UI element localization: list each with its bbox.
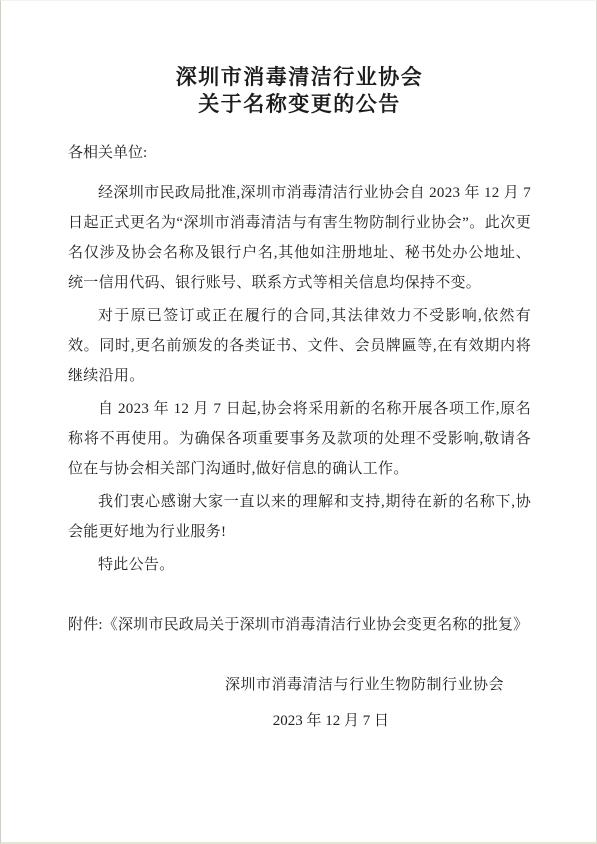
salutation-line: 各相关单位: [68, 142, 531, 164]
notice-title: 深圳市消毒清洁行业协会 关于名称变更的公告 [68, 64, 531, 118]
notice-paragraph-1: 经深圳市民政局批准,深圳市消毒清洁行业协会自 2023 年 12 月 7 日起正… [68, 178, 531, 298]
notice-title-line1: 深圳市消毒清洁行业协会 [68, 64, 531, 91]
notice-paragraph-4: 我们衷心感谢大家一直以来的理解和支持,期待在新的名称下,协会能更好地为行业服务! [68, 487, 531, 547]
attachment-line: 附件:《深圳市民政局关于深圳市消毒清洁行业协会变更名称的批复》 [68, 613, 531, 637]
notice-title-line2: 关于名称变更的公告 [68, 91, 531, 118]
notice-paragraph-closing: 特此公告。 [68, 550, 531, 580]
signature-date: 2023 年 12 月 7 日 [68, 709, 531, 733]
signature-block: 深圳市消毒清洁与行业生物防制行业协会 2023 年 12 月 7 日 [68, 673, 531, 733]
notice-page: 深圳市消毒清洁行业协会 关于名称变更的公告 各相关单位: 经深圳市民政局批准,深… [0, 0, 597, 844]
notice-paragraph-3: 自 2023 年 12 月 7 日起,协会将采用新的名称开展各项工作,原名称将不… [68, 394, 531, 484]
signature-organization: 深圳市消毒清洁与行业生物防制行业协会 [68, 673, 531, 697]
notice-paragraph-2: 对于原已签订或正在履行的合同,其法律效力不受影响,依然有效。同时,更名前颁发的各… [68, 301, 531, 391]
